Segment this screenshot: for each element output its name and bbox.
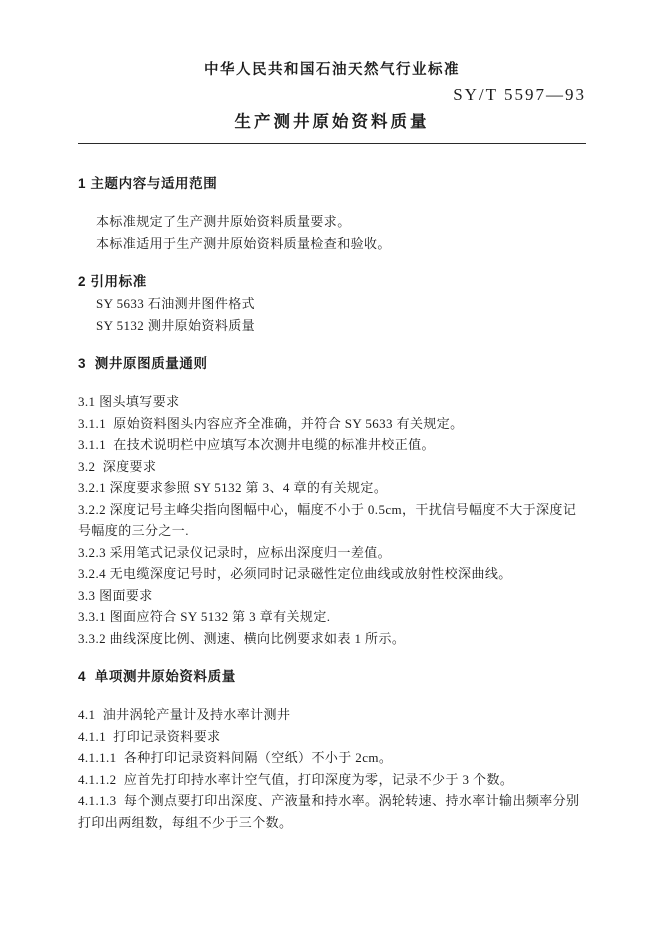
document-body: 1 主题内容与适用范围 本标准规定了生产测井原始资料质量要求。 本标准适用于生产… bbox=[78, 173, 586, 833]
standard-organization: 中华人民共和国石油天然气行业标准 bbox=[78, 60, 586, 80]
clause-3-3: 3.3 图面要求 bbox=[78, 585, 586, 607]
section-2-heading: 2 引用标准 bbox=[78, 271, 586, 293]
section-scope: 1 主题内容与适用范围 本标准规定了生产测井原始资料质量要求。 本标准适用于生产… bbox=[78, 173, 586, 254]
clause-4-1-1: 4.1.1 打印记录资料要求 bbox=[78, 726, 586, 748]
clause-3-2-1: 3.2.1 深度要求参照 SY 5132 第 3、4 章的有关规定。 bbox=[78, 477, 586, 499]
clause-3-2: 3.2 深度要求 bbox=[78, 456, 586, 478]
clause-4-1-1-3: 4.1.1.3 每个测点要打印出深度、产液量和持水率。涡轮转速、持水率计输出频率… bbox=[78, 790, 586, 833]
paragraph-scope-1: 本标准规定了生产测井原始资料质量要求。 bbox=[78, 211, 586, 233]
clause-3-3-1: 3.3.1 图面应符合 SY 5132 第 3 章有关规定. bbox=[78, 606, 586, 628]
clause-4-1-1-2: 4.1.1.2 应首先打印持水率计空气值，打印深度为零，记录不少于 3 个数。 bbox=[78, 769, 586, 791]
clause-4-1-1-1: 4.1.1.1 各种打印记录资料间隔（空纸）不小于 2cm。 bbox=[78, 747, 586, 769]
section-4-heading: 4 单项测井原始资料质量 bbox=[78, 666, 586, 688]
section-individual-logging-quality: 4 单项测井原始资料质量 4.1 油井涡轮产量计及持水率计测井 4.1.1 打印… bbox=[78, 666, 586, 833]
clause-3-1-1b: 3.1.1 在技术说明栏中应填写本次测井电缆的标准井校正值。 bbox=[78, 434, 586, 456]
clause-3-1: 3.1 图头填写要求 bbox=[78, 391, 586, 413]
document-title: 生产测井原始资料质量 bbox=[78, 110, 586, 134]
clause-3-1-1a: 3.1.1 原始资料图头内容应齐全准确，并符合 SY 5633 有关规定。 bbox=[78, 413, 586, 435]
document-page: 中华人民共和国石油天然气行业标准 SY/T 5597—93 生产测井原始资料质量… bbox=[0, 0, 662, 936]
paragraph-scope-2: 本标准适用于生产测井原始资料质量检查和验收。 bbox=[78, 233, 586, 255]
reference-sy5633: SY 5633 石油测井图件格式 bbox=[78, 293, 586, 315]
document-header: 中华人民共和国石油天然气行业标准 SY/T 5597—93 生产测井原始资料质量 bbox=[78, 60, 586, 144]
reference-sy5132: SY 5132 测井原始资料质量 bbox=[78, 315, 586, 337]
clause-3-2-4: 3.2.4 无电缆深度记号时，必须同时记录磁性定位曲线或放射性校深曲线。 bbox=[78, 563, 586, 585]
standard-number: SY/T 5597—93 bbox=[78, 84, 586, 106]
clause-3-2-3: 3.2.3 采用笔式记录仪记录时，应标出深度归一差值。 bbox=[78, 542, 586, 564]
section-general-rules: 3 测井原图质量通则 3.1 图头填写要求 3.1.1 原始资料图头内容应齐全准… bbox=[78, 353, 586, 649]
clause-3-3-2: 3.3.2 曲线深度比例、测速、横向比例要求如表 1 所示。 bbox=[78, 628, 586, 650]
clause-3-2-2: 3.2.2 深度记号主峰尖指向图幅中心，幅度不小于 0.5cm，干扰信号幅度不大… bbox=[78, 499, 586, 542]
section-3-heading: 3 测井原图质量通则 bbox=[78, 353, 586, 375]
section-1-heading: 1 主题内容与适用范围 bbox=[78, 173, 586, 195]
section-references: 2 引用标准 SY 5633 石油测井图件格式 SY 5132 测井原始资料质量 bbox=[78, 271, 586, 336]
clause-4-1: 4.1 油井涡轮产量计及持水率计测井 bbox=[78, 704, 586, 726]
